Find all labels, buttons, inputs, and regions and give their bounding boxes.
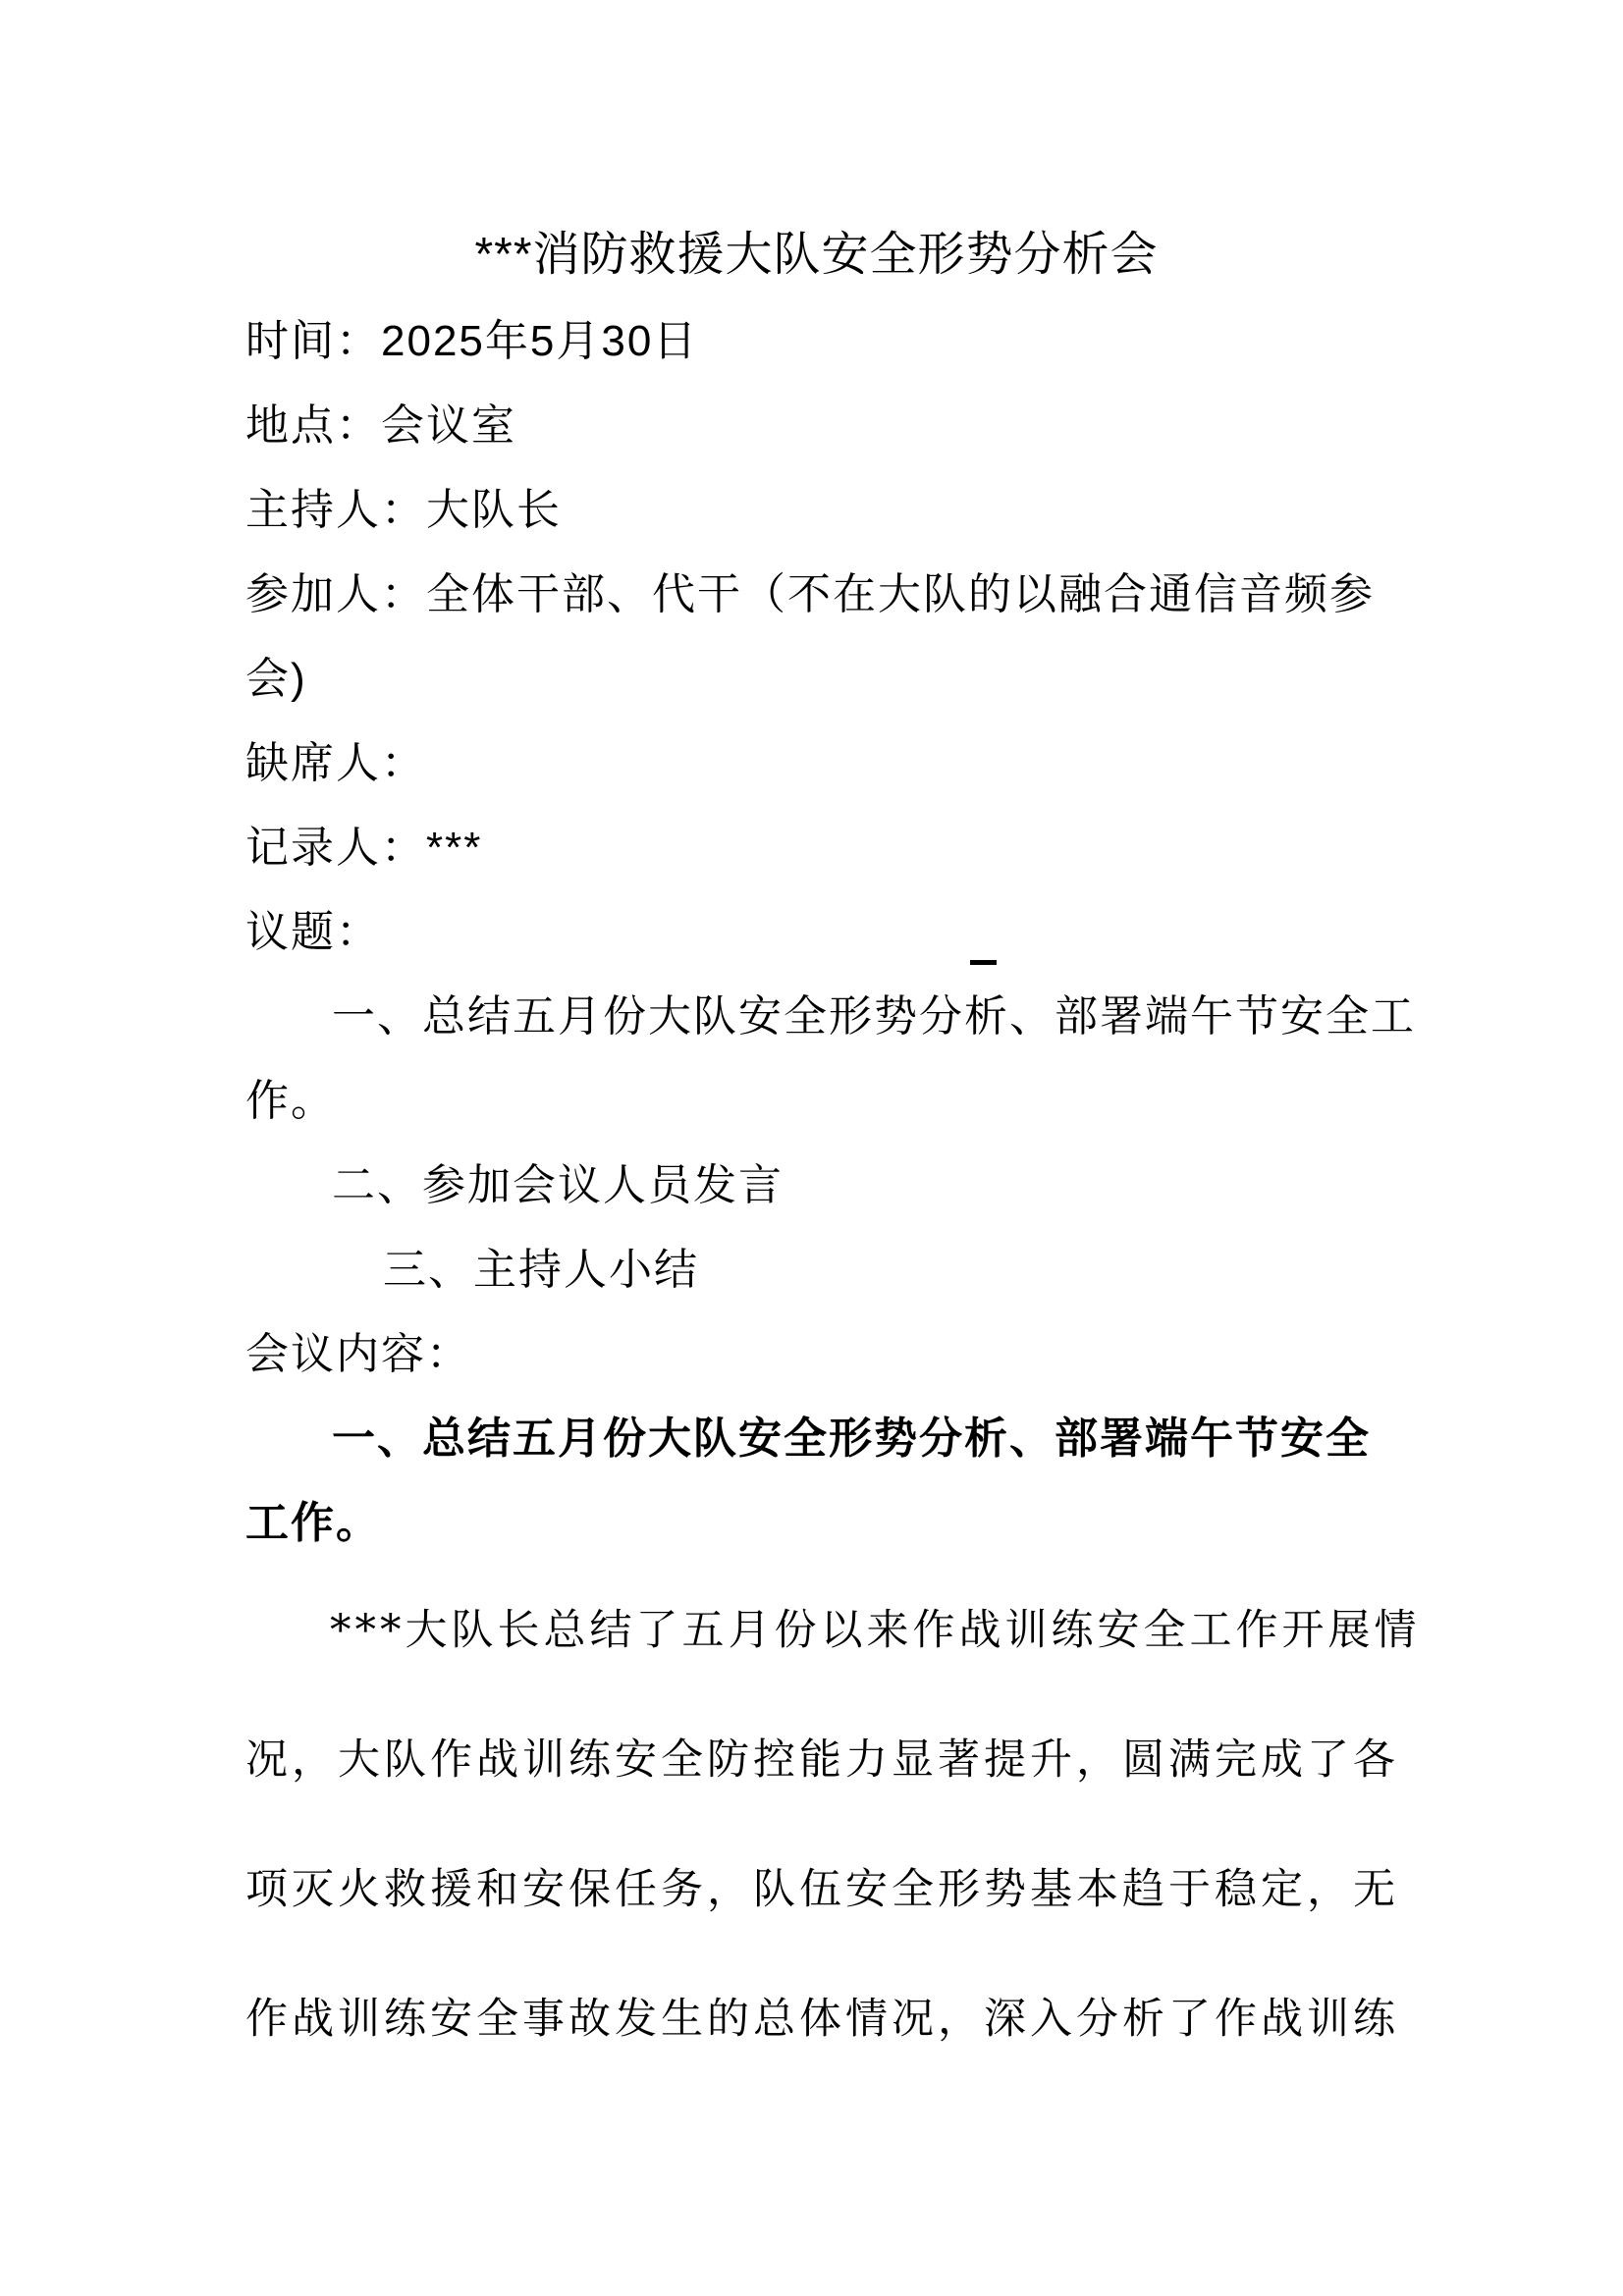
body-paragraph-line-4: 作战训练安全事故发生的总体情况，深入分析了作战训练 [245,1954,1387,2084]
meta-line-host: 主持人：大队长 [245,468,1387,553]
agenda-item-1-line-2: 作。 [245,1059,1387,1144]
body-paragraph-line-1: ***大队长总结了五月份以来作战训练安全工作开展情 [245,1566,1387,1695]
body-paragraph-line-2: 况，大队作战训练安全防控能力显著提升，圆满完成了各 [245,1695,1387,1825]
content-heading-line-1: 一、总结五月份大队安全形势分析、部署端午节安全 [245,1397,1387,1481]
meta-line-participants: 参加人：全体干部、代干（不在大队的以融合通信音频参 [245,553,1387,637]
meta-line-time: 时间：2025年5月30日 [245,299,1387,384]
agenda-item-2: 二、参加会议人员发言 [245,1144,1387,1228]
document-title: ***消防救援大队安全形势分析会 [245,211,1387,299]
meta-line-participants-wrap: 会) [245,637,1387,721]
meta-line-topics: 议题： [245,890,1387,975]
document-page: ***消防救援大队安全形势分析会 时间：2025年5月30日 地点：会议室 主持… [0,0,1623,2296]
document-content: ***消防救援大队安全形势分析会 时间：2025年5月30日 地点：会议室 主持… [0,0,1623,2084]
meta-line-recorder: 记录人：*** [245,806,1387,890]
agenda-item-3: 三、主持人小结 [245,1228,1387,1312]
meta-line-location: 地点：会议室 [245,384,1387,468]
underline-mark [970,960,997,965]
body-paragraph-line-3: 项灭火救援和安保任务，队伍安全形势基本趋于稳定，无 [245,1825,1387,1954]
meta-line-absent: 缺席人： [245,721,1387,806]
agenda-item-1-line-1: 一、总结五月份大队安全形势分析、部署端午节安全工 [245,975,1387,1059]
content-heading-line-2: 工作。 [245,1481,1387,1566]
content-section-label: 会议内容： [245,1312,1387,1397]
